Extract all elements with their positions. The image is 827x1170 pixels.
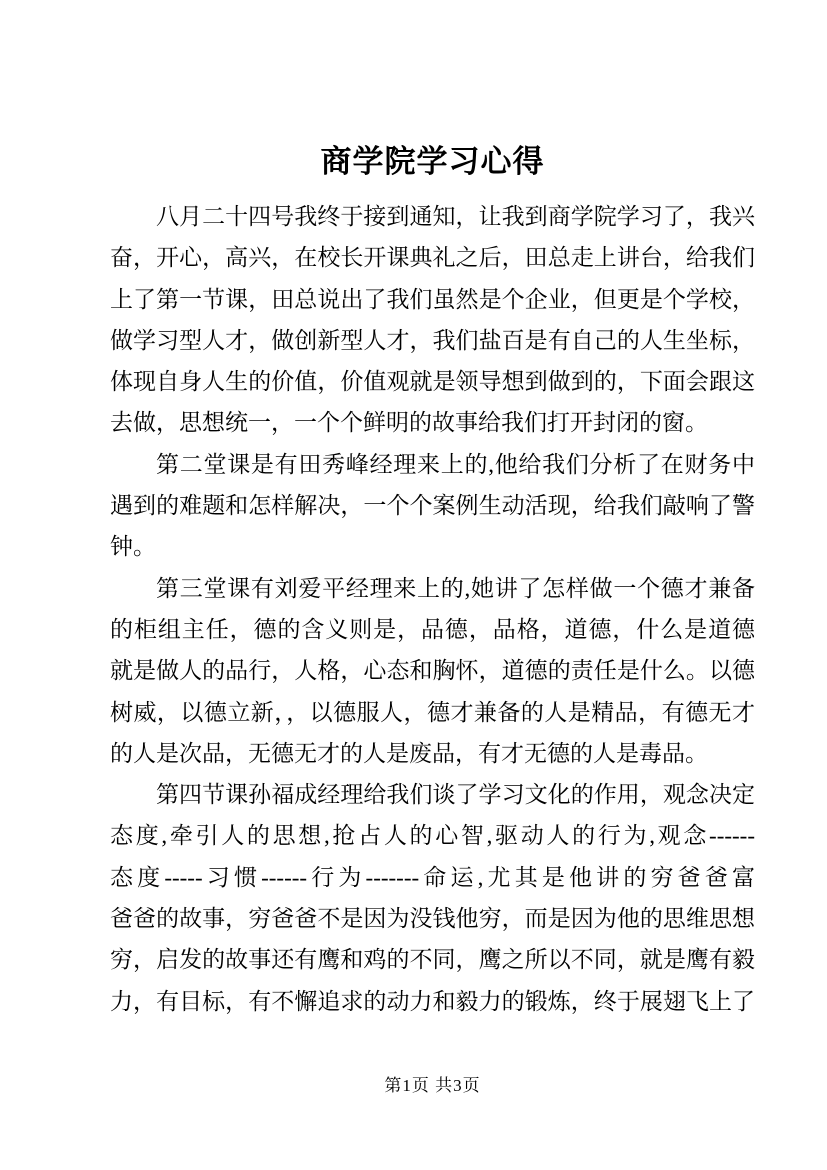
text-line: 态度,牵引人的思想,抢占人的心智,驱动人的行为,观念------ bbox=[110, 815, 755, 856]
paragraph-4: 第四节课孙福成经理给我们谈了学习文化的作用，观念决定 态度,牵引人的思想,抢占人… bbox=[110, 774, 755, 1022]
text-line: 遇到的难题和怎样解决，一个个案例生动活现，给我们敲响了警 bbox=[110, 485, 755, 526]
text-line: 树威，以德立新，，以德服人，德才兼备的人是精品，有德无才 bbox=[110, 692, 755, 733]
text-line: 的人是次品，无德无才的人是废品，有才无德的人是毒品。 bbox=[110, 733, 755, 774]
text-line: 力，有目标，有不懈追求的动力和毅力的锻炼，终于展翅飞上了 bbox=[110, 981, 755, 1022]
document-title: 商学院学习心得 bbox=[110, 140, 755, 184]
paragraph-2: 第二堂课是有田秀峰经理来上的,他给我们分析了在财务中 遇到的难题和怎样解决，一个… bbox=[110, 444, 755, 568]
text-line: 八月二十四号我终于接到通知，让我到商学院学习了，我兴 bbox=[110, 196, 755, 237]
text-line: 上了第一节课，田总说出了我们虽然是个企业，但更是个学校， bbox=[110, 279, 755, 320]
document-body: 八月二十四号我终于接到通知，让我到商学院学习了，我兴 奋，开心，高兴，在校长开课… bbox=[110, 196, 755, 1022]
text-line: 的柜组主任，德的含义则是，品德，品格，道德，什么是道德呢。 bbox=[110, 609, 755, 650]
text-line: 做学习型人才，做创新型人才，我们盐百是有自己的人生坐标， bbox=[110, 320, 755, 361]
text-line: 体现自身人生的价值，价值观就是领导想到做到的，下面会跟这 bbox=[110, 361, 755, 402]
text-line: 第四节课孙福成经理给我们谈了学习文化的作用，观念决定 bbox=[110, 774, 755, 815]
text-line: 第三堂课有刘爱平经理来上的,她讲了怎样做一个德才兼备 bbox=[110, 568, 755, 609]
text-line: 穷，启发的故事还有鹰和鸡的不同，鹰之所以不同，就是鹰有毅 bbox=[110, 939, 755, 980]
paragraph-3: 第三堂课有刘爱平经理来上的,她讲了怎样做一个德才兼备 的柜组主任，德的含义则是，… bbox=[110, 568, 755, 774]
text-line: 第二堂课是有田秀峰经理来上的,他给我们分析了在财务中 bbox=[110, 444, 755, 485]
text-line: 态度-----习惯------行为-------命运,尤其是他讲的穷爸爸富 bbox=[110, 857, 755, 898]
paragraph-1: 八月二十四号我终于接到通知，让我到商学院学习了，我兴 奋，开心，高兴，在校长开课… bbox=[110, 196, 755, 444]
document-page: 商学院学习心得 八月二十四号我终于接到通知，让我到商学院学习了，我兴 奋，开心，… bbox=[0, 0, 827, 1170]
text-line: 就是做人的品行，人格，心态和胸怀，道德的责任是什么。以德 bbox=[110, 650, 755, 691]
text-line: 钟。 bbox=[110, 526, 755, 567]
text-line: 爸爸的故事，穷爸爸不是因为没钱他穷，而是因为他的思维思想 bbox=[110, 898, 755, 939]
text-line: 奋，开心，高兴，在校长开课典礼之后，田总走上讲台，给我们 bbox=[110, 237, 755, 278]
text-line: 去做，思想统一，一个个鲜明的故事给我们打开封闭的窗。 bbox=[110, 402, 755, 443]
page-number-footer: 第1页 共3页 bbox=[110, 1074, 755, 1098]
